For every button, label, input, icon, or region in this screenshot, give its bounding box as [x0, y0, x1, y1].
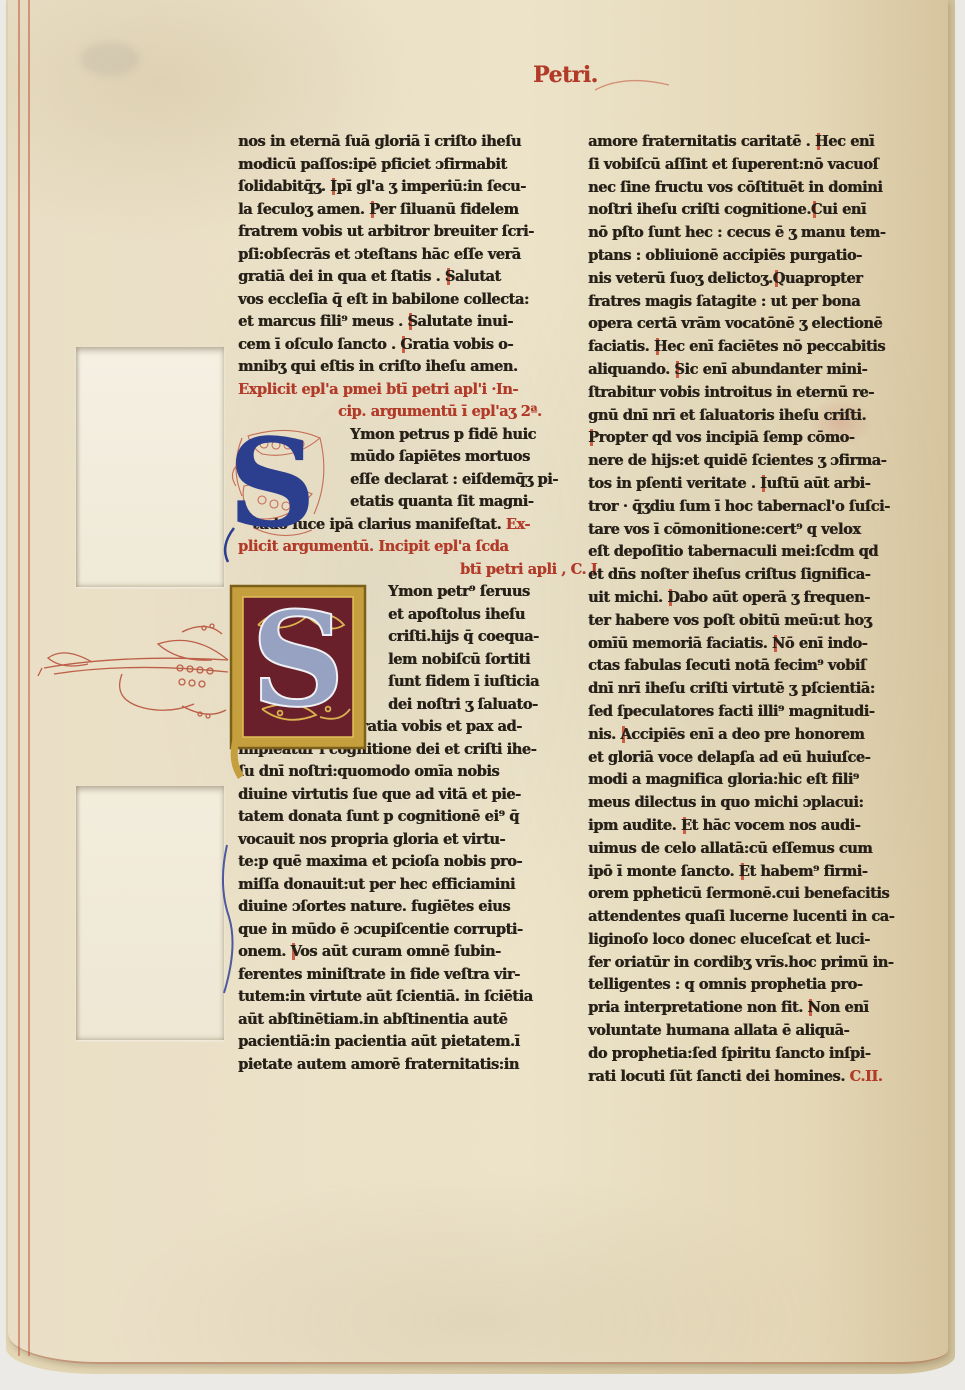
text-line: ipō ī monte ſancto. Et habem⁹ firmi-: [588, 861, 900, 884]
svg-text:S: S: [228, 411, 316, 555]
text-line: lem nobiſcū ſortiti: [388, 649, 530, 672]
text-line: ferentes miniſtrate in fide veſtra vir-: [238, 964, 530, 987]
text-line: ſtrabitur vobis introitus in eternū re-: [588, 382, 900, 405]
text-line: te:p quē maxima et pcioſa nobis pro-: [238, 851, 530, 874]
text-line: pietate autem amorē fraternitatis:in: [238, 1054, 530, 1077]
decorated-initial-blue-S: S: [208, 424, 346, 556]
text-line: ſi vobiſcū aſſint et ſuperent:nō vacuoſ: [588, 154, 900, 177]
text-line: Ymon petrus p fidē huic: [350, 424, 530, 447]
text-line: nec ſine fructu vos cōſtituēt in domini: [588, 177, 900, 200]
svg-text:S: S: [251, 583, 345, 736]
text-line: nis veterū ſuoʒ delictoʒ.Quapropter: [588, 268, 900, 291]
rubric-flourish: [593, 70, 673, 100]
text-line: etatis quanta ſit magni-: [350, 491, 530, 514]
text-line: tos in pſenti veritate . Iuſtū aūt arbi-: [588, 473, 900, 496]
vellum-window-patch: [76, 347, 224, 587]
text-line: et marcus fili⁹ meus . Salutate inui-: [238, 311, 530, 334]
text-line: uit michi. Dabo aūt operā ʒ frequen-: [588, 587, 900, 610]
text-line: faciatis. Hec enī faciētes nō peccabitis: [588, 336, 900, 359]
margin-ruling-line: [28, 0, 30, 1356]
text-line: la ſeculoʒ amen. Per ſiluanū fidelem: [238, 199, 530, 222]
text-line: diuine ɔſortes nature. fugiētes eius: [238, 896, 530, 919]
text-line: orem ppheticū ſermonē.cui benefacitis: [588, 883, 900, 906]
manuscript-page: Petri.: [8, 0, 948, 1364]
text-line: tare vos ī cōmonitione:cert⁹ q velox: [588, 519, 900, 542]
text-line: ſu dnī noſtri:quomodo omīa nobis: [238, 761, 530, 784]
text-line: dei noſtri ʒ ſaluato-: [388, 694, 530, 717]
text-line: telligentes : q omnis prophetia pro-: [588, 974, 900, 997]
text-line: mnibʒ qui eſtis in criſto iheſu amen.: [238, 356, 530, 379]
text-line: pacientiā:in pacientia aūt pietatem.ī: [238, 1031, 530, 1054]
text-column-left: S S nos in eternā ſuā gloriā ī criſto ih…: [238, 131, 530, 1076]
text-line: fratrem vobis ut arbitror breuiter ſcri-: [238, 221, 530, 244]
text-line: amore fraternitatis caritatē . Hec enī: [588, 131, 900, 154]
text-line: mūdo ſapiētes mortuos: [350, 446, 530, 469]
text-line: rati locuti ſūt ſancti dei homines. C.II…: [588, 1066, 900, 1089]
text-line: fratres magis ſatagite : ut per bona: [588, 291, 900, 314]
text-line: vocauit nos propria gloria et virtu-: [238, 829, 530, 852]
margin-ruling-line: [18, 0, 20, 1356]
text-line: ptans : obliuionē accipiēs purgatio-: [588, 245, 900, 268]
running-title: Petri.: [533, 62, 598, 88]
text-line: cip. argumentū ī epl'aʒ 2ª.: [338, 401, 530, 424]
text-line: tatem donata ſunt p cognitionē ei⁹ q̄: [238, 806, 530, 829]
text-line: nō pſto ſunt hec : cecus ē ʒ manu tem-: [588, 222, 900, 245]
text-line: cem ī oſculo ſancto . Gratia vobis o-: [238, 334, 530, 357]
text-line: et gloriā voce delapſa ad eū huiuſce-: [588, 747, 900, 770]
text-line: tror · q̄ʒdiu ſum ī hoc tabernacl'o ſuſc…: [588, 496, 900, 519]
text-line: et apoſtolus iheſu: [388, 604, 530, 627]
text-line: criſti.hijs q̄ coequa-: [388, 626, 530, 649]
text-line: aliquando. Sic enī abundanter mini-: [588, 359, 900, 382]
text-line: miſſa donauit:ut per hec efficiamini: [238, 874, 530, 897]
text-line: vos eccleſia q̄ eſt in babilone collecta…: [238, 289, 530, 312]
text-line: ipm audite. Et hāc vocem nos audi-: [588, 815, 900, 838]
text-line: ſed ſpeculatores facti illi⁹ magnitudi-: [588, 701, 900, 724]
text-line: ſunt fidem ī iuſticia: [388, 671, 530, 694]
text-line: aūt abſtinētiam.in abſtinentia autē: [238, 1009, 530, 1032]
text-line: liginoſo loco donec eluceſcat et luci-: [588, 929, 900, 952]
text-line: do prophetia:ſed ſpiritu ſancto inſpi-: [588, 1043, 900, 1066]
penwork-tail-blue: [213, 845, 239, 995]
text-line: meus dilectus in quo michi ɔplacui:: [588, 792, 900, 815]
text-line: diuine virtutis ſue que ad vitā et pie-: [238, 784, 530, 807]
text-column-right: amore fraternitatis caritatē . Hec enīſi…: [588, 131, 900, 1088]
text-line: Explicit epl'a pmei btī petri apl'i ·In-: [238, 379, 530, 402]
text-line: nere de hijs:et quidē ſcientes ʒ ɔfirma-: [588, 450, 900, 473]
text-line: que in mūdo ē ɔcupiſcentie corrupti-: [238, 919, 530, 942]
text-line: Ymon petr⁹ ſeruus: [388, 581, 530, 604]
text-line: noſtri iheſu criſti cognitione.Cui enī: [588, 199, 900, 222]
pencil-smudge: [80, 42, 140, 76]
penwork-flourish-red: [32, 610, 232, 725]
text-line: nos in eternā ſuā gloriā ī criſto iheſu: [238, 131, 530, 154]
text-line: eſſe declarat : eiſdemq̄ʒ pi-: [350, 469, 530, 492]
text-line: attendentes quaſi lucerne lucenti in ca-: [588, 906, 900, 929]
text-line: fer oriatūr in cordibʒ vrīs.hoc primū in…: [588, 952, 900, 975]
text-line: omīū memoriā faciatis. Nō enī indo-: [588, 633, 900, 656]
text-line: pria interpretatione non fit. Non enī: [588, 997, 900, 1020]
text-line: ter habere vos poſt obitū meū:ut hoʒ: [588, 610, 900, 633]
text-line: tutem:in virtute aūt ſcientiā. in ſciēti…: [238, 986, 530, 1009]
text-line: voluntate humana allata ē aliquā-: [588, 1020, 900, 1043]
text-line: nis. Accipiēs enī a deo pre honorem: [588, 724, 900, 747]
text-line: onem. Vos aūt curam omnē ſubin-: [238, 941, 530, 964]
illuminated-initial-gold-S: S: [228, 583, 370, 755]
text-line: ſolidabitq̄ʒ. Ipī gl'a ʒ imperiū:in ſecu…: [238, 176, 530, 199]
text-line: dnī nrī iheſu criſti virtutē ʒ pſcientiā…: [588, 678, 900, 701]
text-line: uimus de celo allatā:cū eſſemus cum: [588, 838, 900, 861]
text-line: modicū paſſos:ipē pficiet ɔfirmabit: [238, 154, 530, 177]
text-line: opera certā vrām vocatōnē ʒ electionē: [588, 313, 900, 336]
text-line: gnū dnī nrī et ſaluatoris iheſu criſti.: [588, 405, 900, 428]
text-line: pſi:obſecrās et ɔteſtans hāc eſſe verā: [238, 244, 530, 267]
text-line: gratiā dei in qua et ſtatis . Salutat: [238, 266, 530, 289]
text-line: modi a magnifica gloria:hic eſt fili⁹: [588, 769, 900, 792]
text-line: btī petri apli , C. I.: [460, 559, 530, 582]
text-line: ctas fabulas ſecuti notā fecim⁹ vobiſ: [588, 655, 900, 678]
text-line: et dn̄s noſter iheſus criſtus ſignifica-: [588, 564, 900, 587]
text-line: eſt depoſitio tabernaculi mei:ſcdm qd: [588, 541, 900, 564]
text-line: Propter qd vos incipiā ſemp cōmo-: [588, 427, 900, 450]
vellum-window-patch: [76, 786, 224, 1040]
